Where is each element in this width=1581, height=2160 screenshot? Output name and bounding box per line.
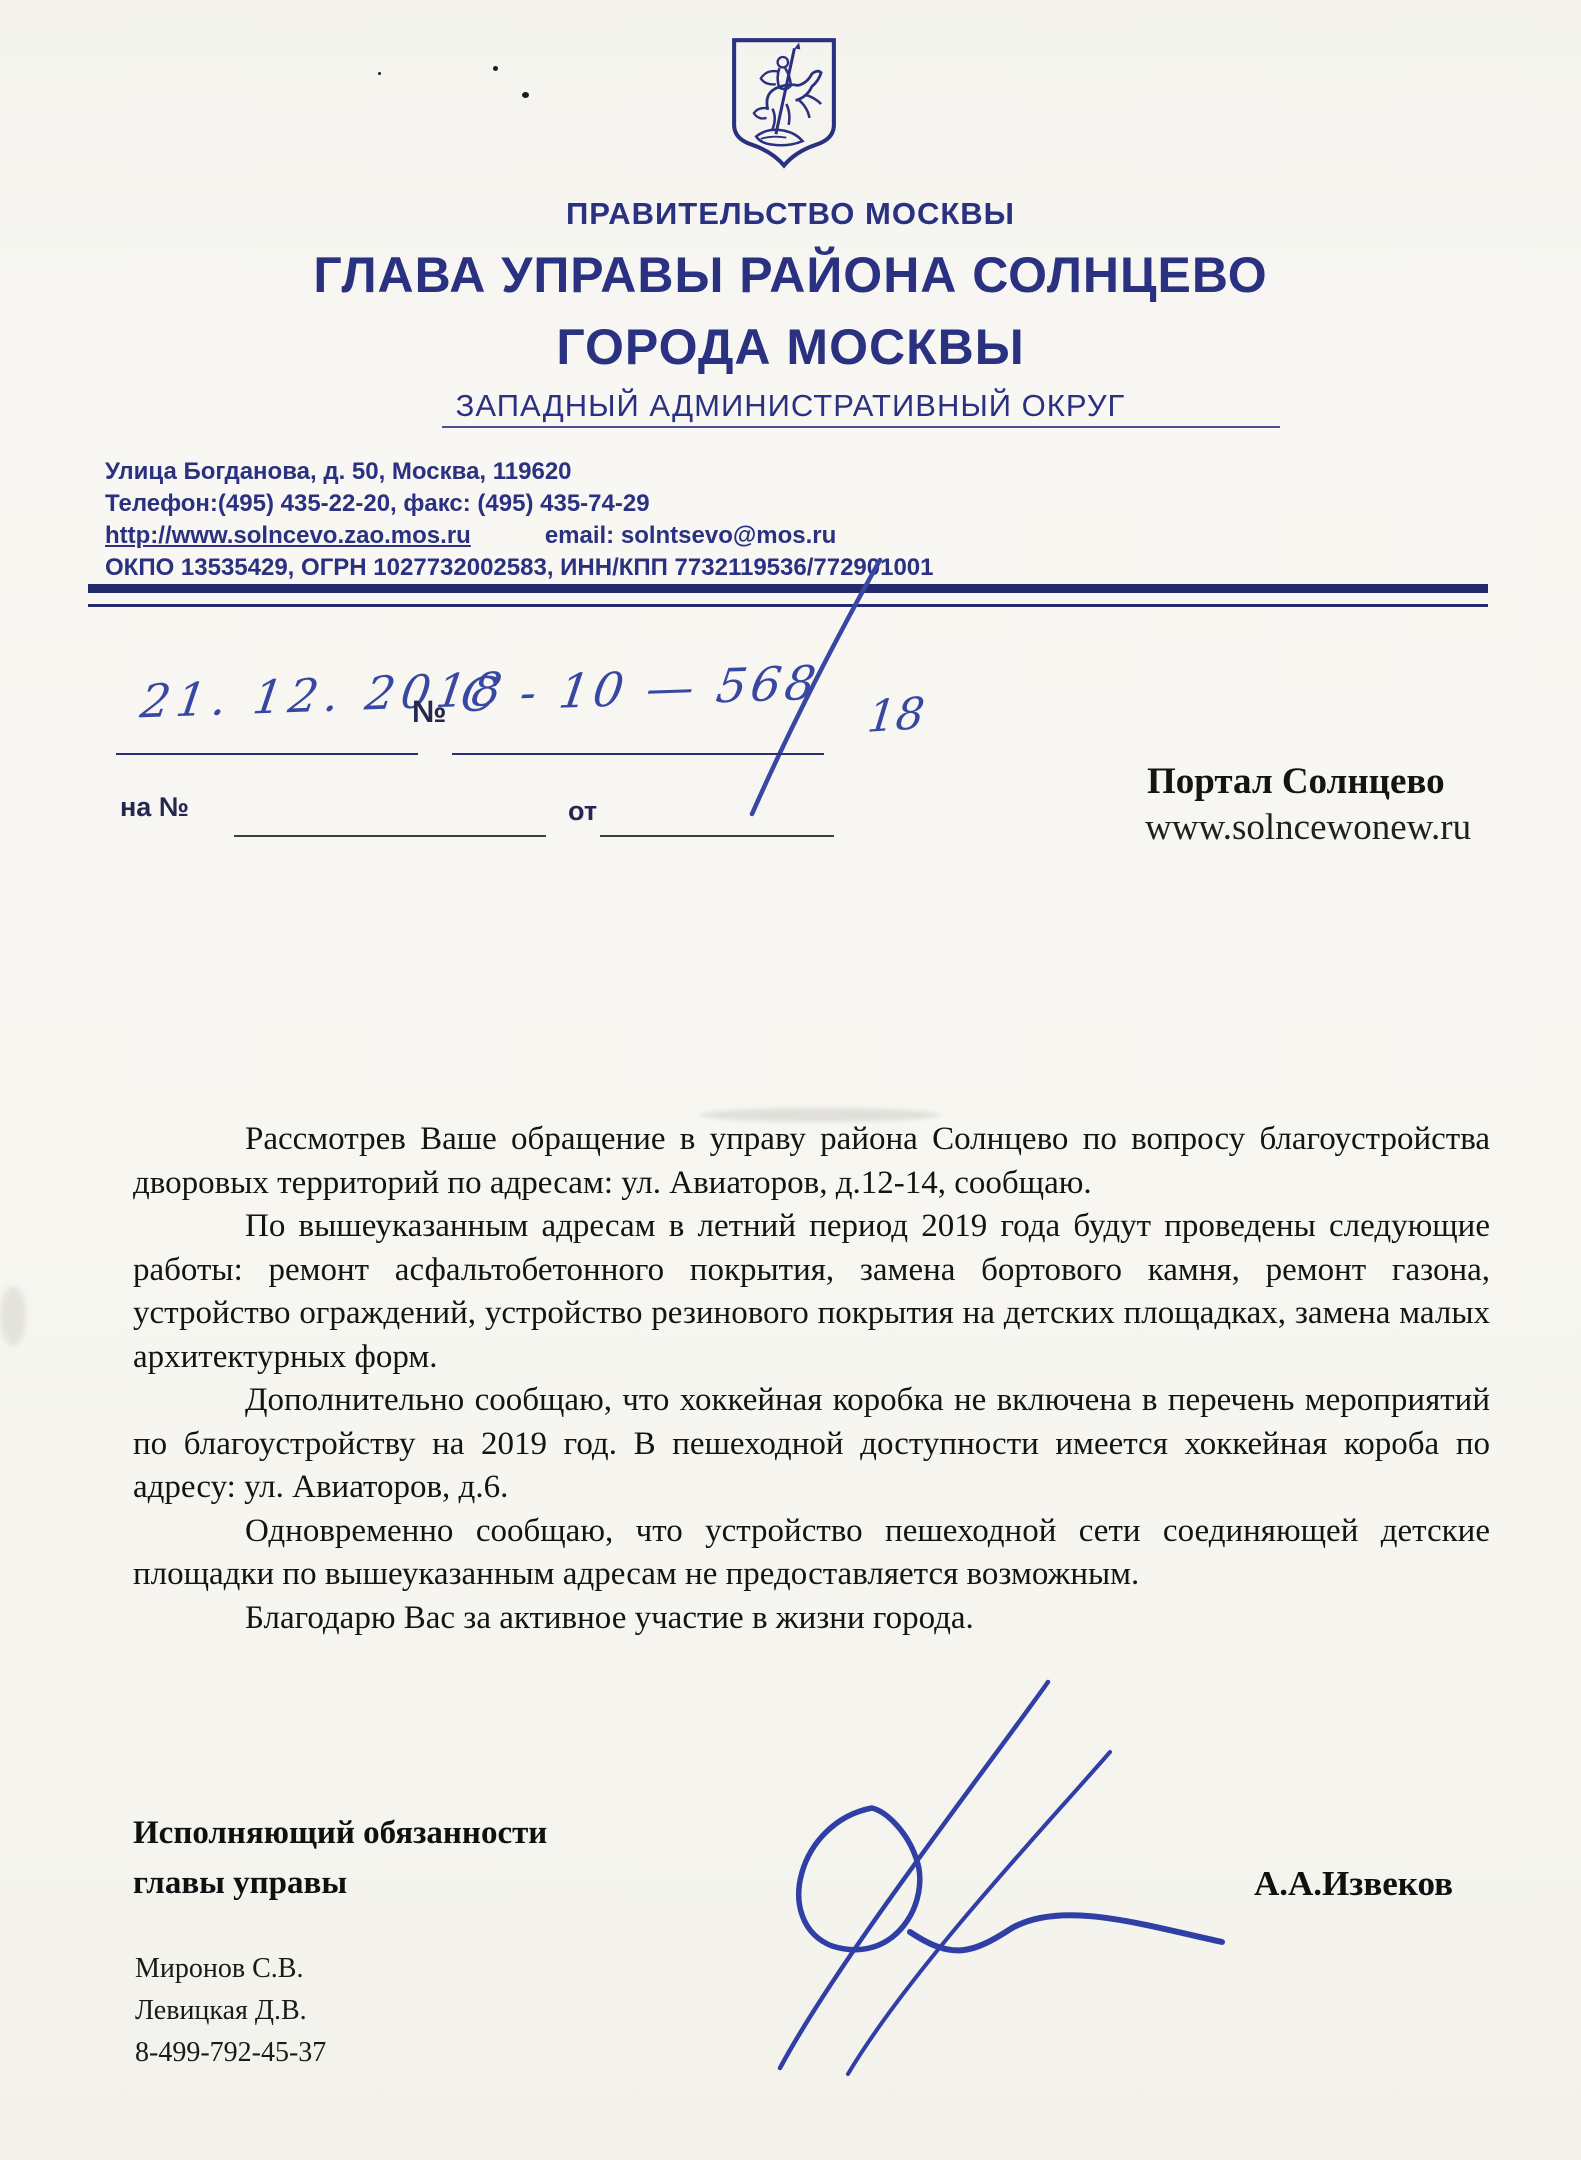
scan-fold-shadow: [0, 1286, 26, 1346]
contact-website: http://www.solncevo.zao.mos.ru: [105, 522, 471, 549]
from-underline: [600, 835, 834, 837]
contact-phone: Телефон:(495) 435-22-20, факс: (495) 435…: [105, 488, 934, 520]
ref-number-sign: №: [412, 694, 447, 730]
moscow-coat-of-arms-icon: [726, 36, 842, 172]
executor-phone: 8-499-792-45-37: [135, 2032, 326, 2074]
body-paragraph-2: По вышеуказанным адресам в летний период…: [133, 1205, 1490, 1379]
signature-position-line1: Исполняющий обязанности: [133, 1808, 547, 1858]
executor-name-1: Миронов С.В.: [135, 1948, 326, 1990]
org-title-line2: ГОРОДА МОСКВЫ: [0, 318, 1581, 376]
contact-web-row: http://www.solncevo.zao.mos.ruemail: sol…: [105, 520, 934, 552]
header-rule-thin: [88, 604, 1488, 607]
contact-address: Улица Богданова, д. 50, Москва, 119620: [105, 456, 934, 488]
signatory-name: А.А.Извеков: [1254, 1864, 1453, 1904]
executors-block: Миронов С.В. Левицкая Д.В. 8-499-792-45-…: [135, 1948, 326, 2074]
org-district: ЗАПАДНЫЙ АДМИНИСТРАТИВНЫЙ ОКРУГ: [0, 388, 1581, 424]
org-government: ПРАВИТЕЛЬСТВО МОСКВЫ: [0, 196, 1581, 232]
recipient-website: www.solncewonew.ru: [1145, 806, 1471, 849]
signature-position-line2: главы управы: [133, 1858, 547, 1908]
ref-date-handwritten: 21. 12. 2018: [137, 662, 511, 729]
ref-number-handwritten: С - 10 — 568: [457, 656, 823, 723]
contact-codes: ОКПО 13535429, ОГРН 1027732002583, ИНН/К…: [105, 552, 934, 584]
from-label: от: [568, 796, 597, 827]
scan-speck: [378, 72, 381, 75]
recipient-name: Портал Солнцево: [1147, 760, 1445, 803]
letter-body: Рассмотрев Ваше обращение в управу район…: [133, 1118, 1490, 1640]
number-underline: [452, 753, 824, 755]
district-underline: [442, 426, 1280, 428]
contact-block: Улица Богданова, д. 50, Москва, 119620 Т…: [105, 456, 934, 584]
signature-stroke: [580, 1660, 1280, 2080]
reply-number-underline: [234, 835, 546, 837]
body-paragraph-5: Благодарю Вас за активное участие в жизн…: [133, 1597, 1490, 1641]
scan-speck: [493, 66, 498, 71]
body-paragraph-1: Рассмотрев Ваше обращение в управу район…: [133, 1118, 1490, 1205]
body-paragraph-3: Дополнительно сообщаю, что хоккейная кор…: [133, 1379, 1490, 1510]
scan-smudge: [700, 1108, 940, 1122]
ref-number-suffix: 18: [865, 688, 927, 743]
org-title-line1: ГЛАВА УПРАВЫ РАЙОНА СОЛНЦЕВО: [0, 246, 1581, 304]
body-paragraph-4: Одновременно сообщаю, что устройство пеш…: [133, 1510, 1490, 1597]
contact-email: email: solntsevo@mos.ru: [545, 522, 836, 549]
signature-position: Исполняющий обязанности главы управы: [133, 1808, 547, 1908]
executor-name-2: Левицкая Д.В.: [135, 1990, 326, 2032]
date-underline: [116, 753, 418, 755]
scanned-letter-page: ПРАВИТЕЛЬСТВО МОСКВЫ ГЛАВА УПРАВЫ РАЙОНА…: [0, 0, 1581, 2160]
reply-number-label: на №: [120, 792, 189, 823]
scan-speck: [522, 92, 529, 98]
header-rule-thick: [88, 584, 1488, 593]
